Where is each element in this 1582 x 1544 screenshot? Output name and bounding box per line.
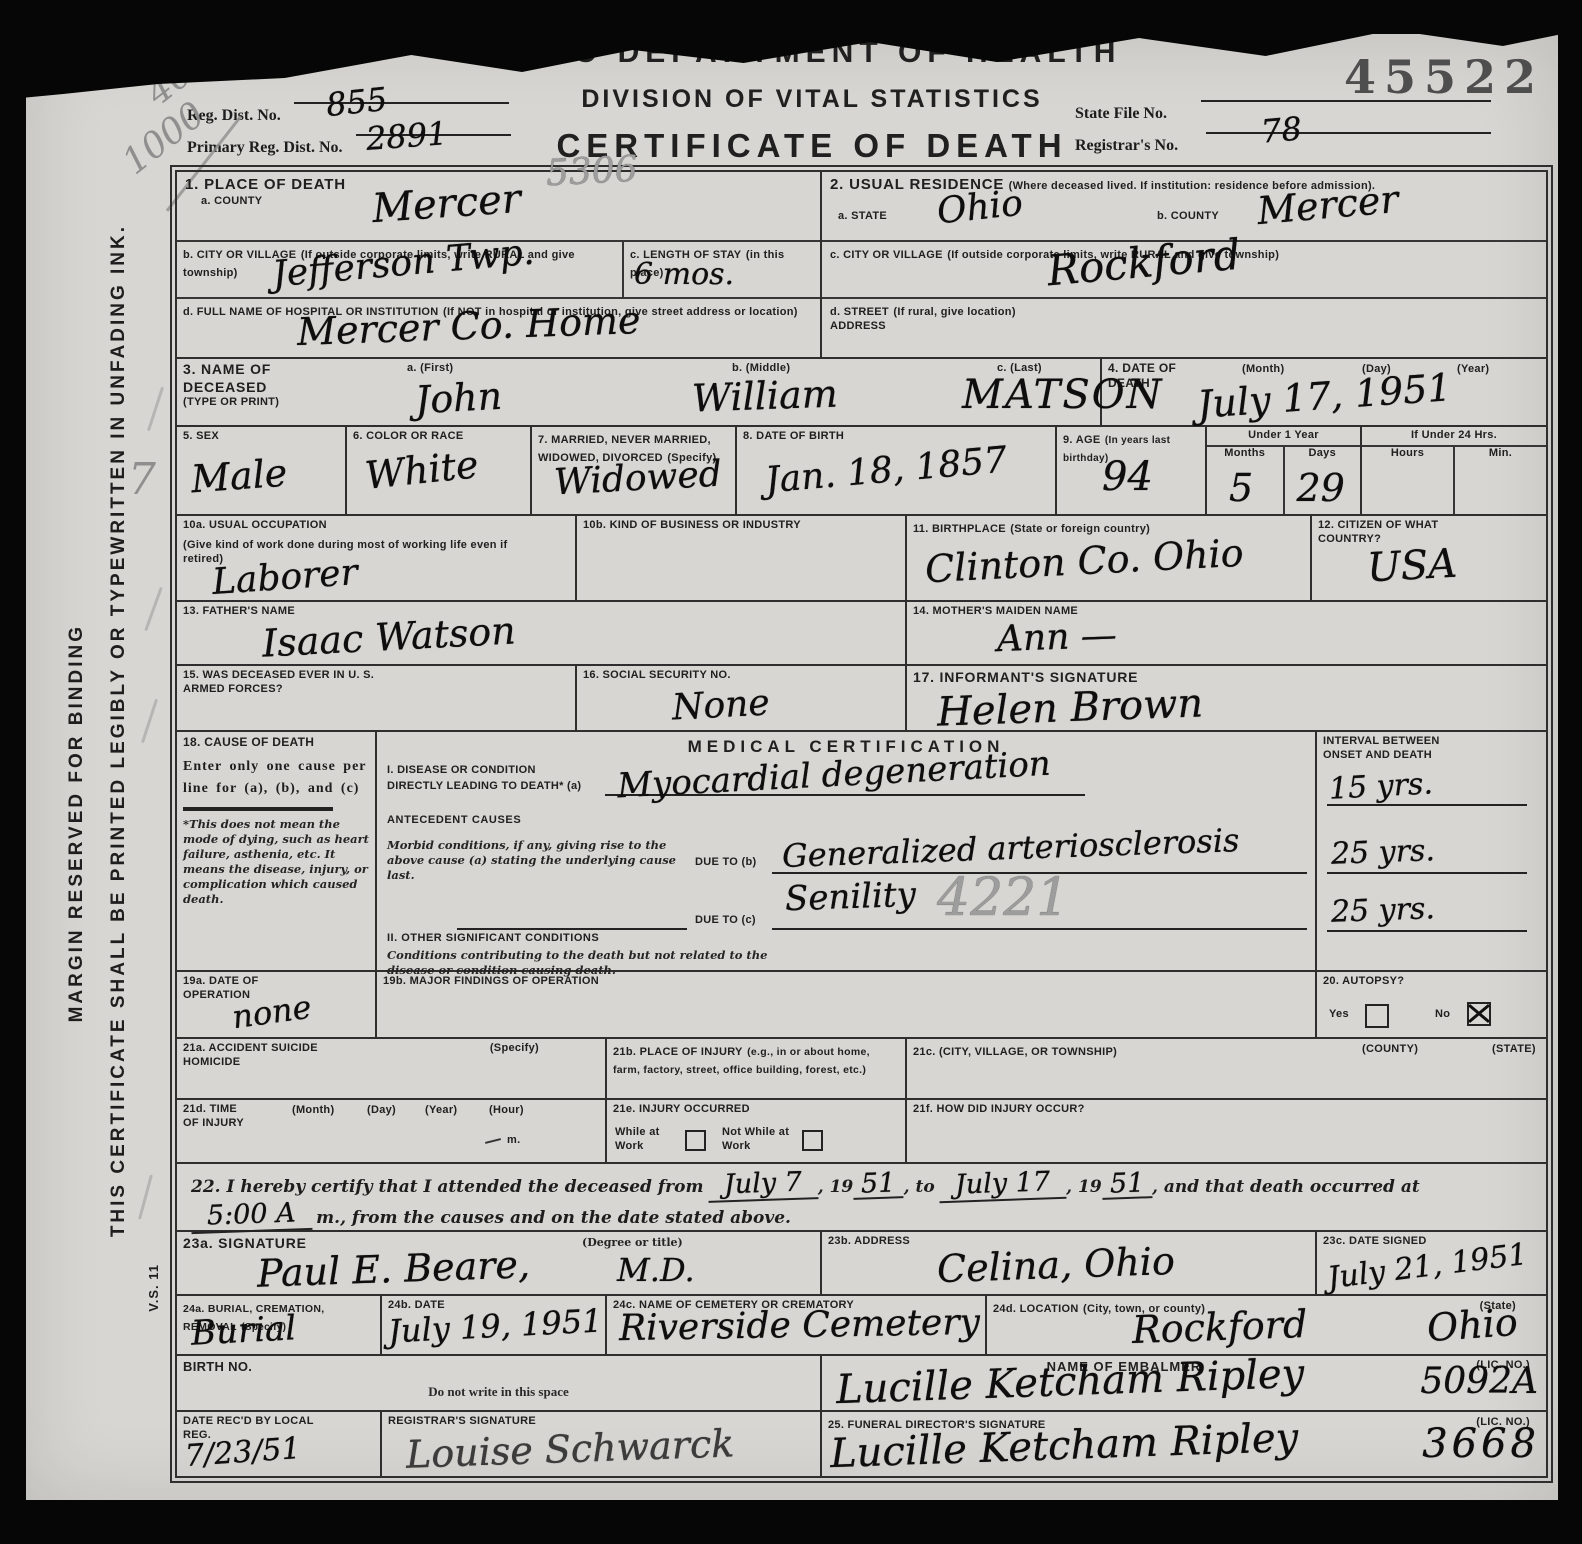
residence-city-value: Rockford <box>1046 234 1243 293</box>
mother-name-field: 14. MOTHER'S MAIDEN NAME Ann — <box>907 602 1546 664</box>
occupation-value: Laborer <box>211 555 359 601</box>
middle-name-value: William <box>691 374 838 417</box>
stamp-5306: 5306 <box>545 152 638 193</box>
certify-p4: , 19 <box>1066 1177 1102 1197</box>
injury-hour-label: (Hour) <box>489 1104 524 1118</box>
age-field: 9. AGE (In years last birthday) 94 <box>1057 427 1207 514</box>
dod-year-label: (Year) <box>1457 363 1489 377</box>
birthplace-label: 11. BIRTHPLACE <box>913 523 1006 535</box>
age-label: 9. AGE <box>1063 434 1100 446</box>
row-certify-statement: 22. I hereby certify that I attended the… <box>177 1164 1546 1232</box>
registrar-signature-value: Louise Schwarck <box>405 1424 734 1473</box>
interval-c-value: 25 yrs. <box>1331 894 1436 928</box>
ssn-label: 16. SOCIAL SECURITY NO. <box>583 669 899 683</box>
father-name-field: 13. FATHER'S NAME Isaac Watson <box>177 602 907 664</box>
birthplace-field: 11. BIRTHPLACE (State or foreign country… <box>907 516 1312 600</box>
physician-signature-value: Paul E. Beare, <box>256 1245 530 1293</box>
cause-of-death-label: 18. CAUSE OF DEATH <box>183 735 369 750</box>
certify-p2: , 19 <box>818 1177 854 1197</box>
residence-state-label: a. STATE <box>838 210 887 224</box>
injury-year-label: (Year) <box>425 1104 457 1118</box>
cause-footnote: *This does not mean the mode of dying, s… <box>183 817 369 907</box>
certify-time: 5:00 A <box>190 1199 312 1234</box>
father-name-label: 13. FATHER'S NAME <box>183 605 899 619</box>
autopsy-yes-label: Yes <box>1329 1008 1349 1022</box>
row-demographics: 5. SEX Male 6. COLOR OR RACE White 7. MA… <box>177 427 1546 516</box>
scanned-death-certificate: MARGIN RESERVED FOR BINDING THIS CERTIFI… <box>0 0 1582 1544</box>
do-not-write-note: Do not write in this space <box>177 1384 820 1400</box>
certify-to-year: 51 <box>1101 1169 1152 1200</box>
form-number-vs11: V.S. 11 <box>146 1264 161 1312</box>
informant-signature: Helen Brown <box>936 683 1203 732</box>
burial-state-value: Ohio <box>1426 1303 1519 1347</box>
degree-or-title-label: (Degree or title) <box>582 1236 683 1250</box>
row-forces-ssn-informant: 15. WAS DECEASED EVER IN U. S. ARMED FOR… <box>177 666 1546 732</box>
scan-edge-left <box>0 0 26 1544</box>
place-of-injury-field: 21b. PLACE OF INJURY (e.g., in or about … <box>607 1039 907 1098</box>
dob-value: Jan. 18, 1857 <box>764 443 1008 500</box>
sex-field: 5. SEX Male <box>177 427 347 514</box>
certify-p3: , to <box>904 1177 935 1197</box>
pencil-tally-7: 7 <box>128 454 156 505</box>
hours-label: Hours <box>1362 447 1453 461</box>
burial-date-field: 24b. DATE July 19, 1951 <box>382 1296 607 1354</box>
burial-location-label: 24d. LOCATION <box>993 1303 1079 1315</box>
date-of-birth-field: 8. DATE OF BIRTH Jan. 18, 1857 <box>737 427 1057 514</box>
injury-city-label: 21c. (CITY, VILLAGE, OR TOWNSHIP) <box>913 1046 1117 1058</box>
name-title: 3. NAME OF DECEASED <box>183 361 341 396</box>
state-file-label: State File No. <box>1075 104 1167 125</box>
certify-from-year: 51 <box>853 1169 904 1200</box>
interval-column: INTERVAL BETWEEN ONSET AND DEATH 15 yrs.… <box>1317 732 1546 970</box>
registrar-no-label: Registrar's No. <box>1075 136 1178 157</box>
row-accident: 21a. ACCIDENT SUICIDE HOMICIDE (Specify)… <box>177 1039 1546 1100</box>
injury-state-label: (STATE) <box>1492 1043 1536 1057</box>
interval-a-value: 15 yrs. <box>1328 769 1433 804</box>
under-1-year-label: Under 1 Year <box>1207 427 1360 447</box>
autopsy-yes-checkbox[interactable] <box>1365 1004 1389 1028</box>
physician-address-field: 23b. ADDRESS Celina, Ohio <box>822 1232 1317 1294</box>
interval-label: INTERVAL BETWEEN ONSET AND DEATH <box>1323 735 1473 763</box>
min-label: Min. <box>1455 447 1546 461</box>
residence-street-label: d. STREET <box>830 306 889 318</box>
residence-street-label2: ADDRESS <box>830 320 1538 334</box>
occupation-field: 10a. USUAL OCCUPATION (Give kind of work… <box>177 516 577 600</box>
first-name-value: John <box>414 377 503 420</box>
injury-occurred-field: 21e. INJURY OCCURRED While at Work Not W… <box>607 1100 907 1162</box>
days-value: 29 <box>1297 469 1345 507</box>
physician-address-value: Celina, Ohio <box>936 1242 1175 1288</box>
disease-label-1: I. DISEASE OR CONDITION <box>387 764 536 778</box>
how-injury-field: 21f. HOW DID INJURY OCCUR? <box>907 1100 1546 1162</box>
row-parents: 13. FATHER'S NAME Isaac Watson 14. MOTHE… <box>177 602 1546 666</box>
margin-binding-text: MARGIN RESERVED FOR BINDING <box>66 624 88 1022</box>
residence-state-value: Ohio <box>935 186 1024 231</box>
dod-month-label: (Month) <box>1242 363 1284 377</box>
row-place-residence: 1. PLACE OF DEATH a. COUNTY Mercer b. CI… <box>177 172 1546 359</box>
row-injury-details: 21d. TIME OF INJURY (Month) (Day) (Year)… <box>177 1100 1546 1164</box>
injury-occurred-label: 21e. INJURY OCCURRED <box>613 1103 899 1117</box>
age-value: 94 <box>1102 457 1153 497</box>
autopsy-label: 20. AUTOPSY? <box>1323 975 1540 989</box>
informant-field: 17. INFORMANT'S SIGNATURE Helen Brown <box>907 666 1546 730</box>
burial-location-field: 24d. LOCATION (City, town, or county) (S… <box>987 1296 1546 1354</box>
citizen-field: 12. CITIZEN OF WHAT COUNTRY? USA <box>1312 516 1546 600</box>
antecedent-causes-label: ANTECEDENT CAUSES <box>387 814 521 828</box>
length-of-stay-value: 6 mos. <box>634 260 734 290</box>
first-name-label: a. (First) <box>407 362 453 376</box>
birthplace-note: (State or foreign country) <box>1010 523 1150 535</box>
residence-state-county-row: 2. USUAL RESIDENCE (Where deceased lived… <box>822 172 1546 242</box>
certificate-form: 1. PLACE OF DEATH a. COUNTY Mercer b. CI… <box>175 170 1548 1478</box>
row-occupation: 10a. USUAL OCCUPATION (Give kind of work… <box>177 516 1546 602</box>
while-at-work-label: While at Work <box>615 1126 677 1154</box>
date-of-death-section: 4. DATE OF DEATH (Month) (Day) (Year) Ju… <box>1102 359 1546 425</box>
pencil-tally-mark <box>144 587 163 631</box>
place-of-injury-label: 21b. PLACE OF INJURY <box>613 1046 743 1058</box>
row-name-dod: 3. NAME OF DECEASED (TYPE OR PRINT) a. (… <box>177 359 1546 427</box>
last-name-value: MATSON <box>962 375 1164 415</box>
birthplace-value: Clinton Co. Ohio <box>924 534 1244 589</box>
race-value: White <box>363 445 480 495</box>
date-received-field: DATE REC'D BY LOCAL REG. 7/23/51 <box>177 1412 382 1476</box>
certificate-paper: MARGIN RESERVED FOR BINDING THIS CERTIFI… <box>26 34 1558 1500</box>
pencil-tally-mark <box>138 1174 153 1219</box>
certificate-number: 45522 <box>1344 50 1544 104</box>
injury-day-label: (Day) <box>367 1104 396 1118</box>
primary-reg-dist-value: 2891 <box>365 117 448 155</box>
county-value: Mercer <box>371 179 522 229</box>
row-burial: 24a. BURIAL, CREMATION, REMOVAL (Specify… <box>177 1296 1546 1356</box>
cause-of-death-sidebar: 18. CAUSE OF DEATH Enter only one cause … <box>177 732 377 970</box>
birth-no-field: BIRTH NO. Do not write in this space <box>177 1356 822 1410</box>
certify-to-date: July 17 <box>939 1168 1067 1203</box>
marital-value: Widowed <box>553 457 722 502</box>
business-label: 10b. KIND OF BUSINESS OR INDUSTRY <box>583 519 833 533</box>
burial-city-value: Rockford <box>1131 1305 1307 1349</box>
name-values: a. (First) John b. (Middle) William c. (… <box>347 359 1100 425</box>
autopsy-field: 20. AUTOPSY? Yes No <box>1317 972 1546 1037</box>
name-note: (TYPE OR PRINT) <box>183 396 341 410</box>
name-title-block: 3. NAME OF DECEASED (TYPE OR PRINT) <box>177 359 347 425</box>
pen-dash <box>485 1138 501 1144</box>
morbid-conditions-note: Morbid conditions, if any, giving rise t… <box>387 838 682 883</box>
residence-city-label: c. CITY OR VILLAGE <box>830 249 943 261</box>
autopsy-no-checkbox[interactable] <box>1467 1002 1491 1026</box>
ssn-value: None <box>671 685 770 726</box>
physician-degree-value: M.D. <box>617 1254 695 1286</box>
months-label: Months <box>1207 447 1283 461</box>
race-label: 6. COLOR OR RACE <box>353 430 524 444</box>
injury-m-label: m. <box>507 1134 520 1148</box>
accident-suicide-field: 21a. ACCIDENT SUICIDE HOMICIDE (Specify) <box>177 1039 607 1098</box>
accident-label: 21a. ACCIDENT SUICIDE HOMICIDE <box>183 1042 323 1070</box>
father-name-value: Isaac Watson <box>261 611 516 662</box>
age-days-field: Days 29 <box>1285 447 1361 514</box>
major-findings-label: 19b. MAJOR FINDINGS OF OPERATION <box>383 975 1309 989</box>
hospital-value: Mercer Co. Home <box>296 301 641 351</box>
accident-note: (Specify) <box>490 1042 539 1056</box>
name-of-deceased-section: 3. NAME OF DECEASED (TYPE OR PRINT) a. (… <box>177 359 1102 425</box>
injury-month-label: (Month) <box>292 1104 334 1118</box>
burial-date-value: July 19, 1951 <box>387 1304 603 1347</box>
residence-street-field: d. STREET (If rural, give location) ADDR… <box>822 299 1546 357</box>
certify-p1: 22. I hereby certify that I attended the… <box>191 1177 703 1197</box>
row-registrar: DATE REC'D BY LOCAL REG. 7/23/51 REGISTR… <box>177 1412 1546 1476</box>
injury-location-field: 21c. (CITY, VILLAGE, OR TOWNSHIP) (COUNT… <box>907 1039 1546 1098</box>
not-while-at-work-label: Not While at Work <box>722 1126 792 1154</box>
certify-p6: m., from the causes and on the date stat… <box>316 1208 791 1228</box>
interval-b-value: 25 yrs. <box>1331 836 1436 870</box>
residence-street-note: (If rural, give location) <box>893 306 1015 318</box>
ssn-field: 16. SOCIAL SECURITY NO. None <box>577 666 907 730</box>
date-of-operation-value: none <box>230 991 313 1034</box>
certify-from-date: July 7 <box>707 1168 818 1203</box>
residence-city-field: c. CITY OR VILLAGE (If outside corporate… <box>822 242 1546 299</box>
city-village-field: b. CITY OR VILLAGE (If outside corporate… <box>177 242 624 297</box>
age-months-field: Months 5 <box>1207 447 1285 514</box>
medical-certification-main: MEDICAL CERTIFICATION I. DISEASE OR COND… <box>377 732 1317 970</box>
while-at-work-checkbox[interactable] <box>685 1130 706 1151</box>
residence-county-value: Mercer <box>1256 180 1400 230</box>
due-to-c-label: DUE TO (c) <box>695 914 756 928</box>
certify-statement: 22. I hereby certify that I attended the… <box>177 1164 1546 1230</box>
date-received-value: 7/23/51 <box>184 1434 301 1472</box>
row-operation-autopsy: 19a. DATE OF OPERATION none 19b. MAJOR F… <box>177 972 1546 1039</box>
residence-county-label: b. COUNTY <box>1157 210 1219 224</box>
city-village-value: Jefferson Twp. <box>271 235 536 294</box>
time-of-injury-field: 21d. TIME OF INJURY (Month) (Day) (Year)… <box>177 1100 607 1162</box>
registrar-no-value: 78 <box>1260 112 1303 147</box>
date-signed-field: 23c. DATE SIGNED July 21, 1951 <box>1317 1232 1546 1294</box>
armed-forces-field: 15. WAS DECEASED EVER IN U. S. ARMED FOR… <box>177 666 577 730</box>
cemetery-value: Riverside Cemetery <box>619 1305 980 1347</box>
informant-label: 17. INFORMANT'S SIGNATURE <box>913 669 1540 687</box>
scan-edge-right <box>1558 0 1582 1544</box>
embalmer-field: NAME OF EMBALMER (LIC. NO.) Lucille Ketc… <box>822 1356 1546 1410</box>
months-value: 5 <box>1229 469 1253 507</box>
under-24-hrs-label: If Under 24 Hrs. <box>1362 427 1546 447</box>
mother-name-label: 14. MOTHER'S MAIDEN NAME <box>913 605 1540 619</box>
occupation-label: 10a. USUAL OCCUPATION <box>183 519 569 533</box>
burial-type-field: 24a. BURIAL, CREMATION, REMOVAL (Specify… <box>177 1296 382 1354</box>
reg-dist-value: 855 <box>324 83 388 121</box>
row-embalmer: BIRTH NO. Do not write in this space NAM… <box>177 1356 1546 1412</box>
days-label: Days <box>1285 447 1361 461</box>
cemetery-field: 24c. NAME OF CEMETERY OR CREMATORY River… <box>607 1296 987 1354</box>
marital-status-field: 7. MARRIED, NEVER MARRIED, WIDOWED, DIVO… <box>532 427 737 514</box>
business-field: 10b. KIND OF BUSINESS OR INDUSTRY <box>577 516 907 600</box>
under-24-hrs-group: If Under 24 Hrs. Hours Min. <box>1362 427 1546 514</box>
citizen-value: USA <box>1366 544 1458 589</box>
time-of-injury-label: 21d. TIME OF INJURY <box>183 1103 253 1131</box>
other-conditions-label: II. OTHER SIGNIFICANT CONDITIONS <box>387 932 599 946</box>
autopsy-no-label: No <box>1435 1008 1450 1022</box>
sex-value: Male <box>190 454 289 499</box>
how-injury-label: 21f. HOW DID INJURY OCCUR? <box>913 1103 1540 1117</box>
under-1-year-group: Under 1 Year Months 5 Days 29 <box>1207 427 1362 514</box>
mother-name-value: Ann — <box>996 618 1117 658</box>
date-of-operation-field: 19a. DATE OF OPERATION none <box>177 972 377 1037</box>
cause-instructions: Enter only one cause per line for (a), (… <box>183 756 369 799</box>
burial-type-value: Burial <box>190 1311 297 1350</box>
physician-signature-field: 23a. SIGNATURE (Degree or title) Paul E.… <box>177 1232 822 1294</box>
row-physician: 23a. SIGNATURE (Degree or title) Paul E.… <box>177 1232 1546 1296</box>
registrar-signature-field: REGISTRAR'S SIGNATURE Louise Schwarck <box>382 1412 822 1476</box>
age-hours-field: Hours <box>1362 447 1455 514</box>
date-of-death-value: July 17, 1951 <box>1196 368 1453 424</box>
cause-c-value: Senility <box>784 878 916 917</box>
place-of-death-section: 1. PLACE OF DEATH a. COUNTY Mercer b. CI… <box>177 172 822 357</box>
race-field: 6. COLOR OR RACE White <box>347 427 532 514</box>
row-medical-certification: 18. CAUSE OF DEATH Enter only one cause … <box>177 732 1546 972</box>
disease-label-2: DIRECTLY LEADING TO DEATH* (a) <box>387 780 581 794</box>
injury-county-label: (COUNTY) <box>1362 1043 1418 1057</box>
due-to-b-label: DUE TO (b) <box>695 856 756 870</box>
divider-rule <box>183 807 333 811</box>
funeral-director-field: 25. FUNERAL DIRECTOR'S SIGNATURE (LIC. N… <box>822 1412 1546 1476</box>
county-field: 1. PLACE OF DEATH a. COUNTY Mercer <box>177 172 820 242</box>
pencil-tally-mark <box>141 699 158 744</box>
birth-no-label: BIRTH NO. <box>183 1359 814 1375</box>
armed-forces-label: 15. WAS DECEASED EVER IN U. S. ARMED FOR… <box>183 669 413 697</box>
certify-p5: , and that death occurred at <box>1152 1177 1420 1197</box>
length-of-stay-field: c. LENGTH OF STAY (in this place) 6 mos. <box>624 242 820 297</box>
usual-residence-section: 2. USUAL RESIDENCE (Where deceased lived… <box>822 172 1546 357</box>
pencil-tally-mark <box>147 387 164 432</box>
city-length-row: b. CITY OR VILLAGE (If outside corporate… <box>177 242 820 299</box>
hospital-field: d. FULL NAME OF HOSPITAL OR INSTITUTION … <box>177 299 820 357</box>
not-while-at-work-checkbox[interactable] <box>802 1130 823 1151</box>
cause-b-value: Generalized arteriosclerosis <box>782 824 1240 872</box>
sex-label: 5. SEX <box>183 430 339 444</box>
stamp-4221: 4221 <box>937 872 1069 924</box>
age-min-field: Min. <box>1455 447 1546 514</box>
major-findings-field: 19b. MAJOR FINDINGS OF OPERATION <box>377 972 1317 1037</box>
embalmer-lic-value: 5092A <box>1420 1364 1538 1400</box>
physician-signature-label: 23a. SIGNATURE <box>183 1235 307 1251</box>
funeral-director-lic-value: 3668 <box>1422 1424 1540 1464</box>
margin-ink-text: THIS CERTIFICATE SHALL BE PRINTED LEGIBL… <box>108 224 130 1237</box>
